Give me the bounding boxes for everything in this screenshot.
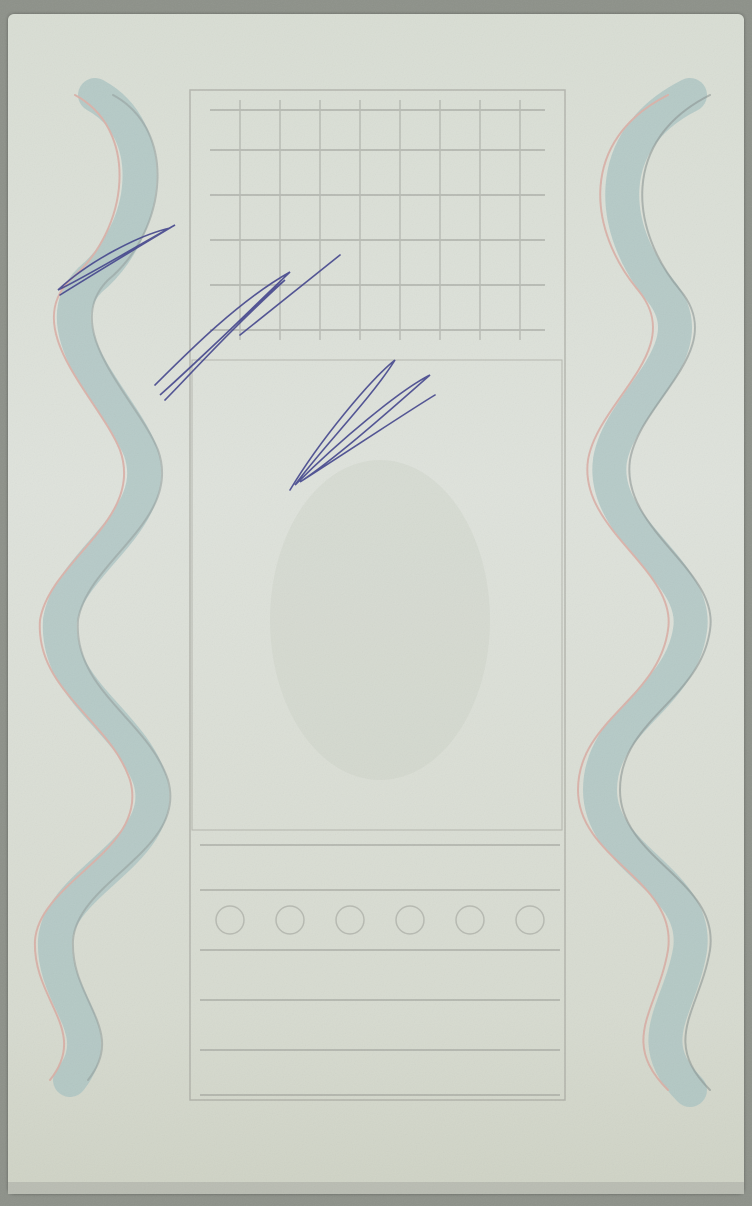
bleed-through-artwork	[0, 0, 752, 1206]
